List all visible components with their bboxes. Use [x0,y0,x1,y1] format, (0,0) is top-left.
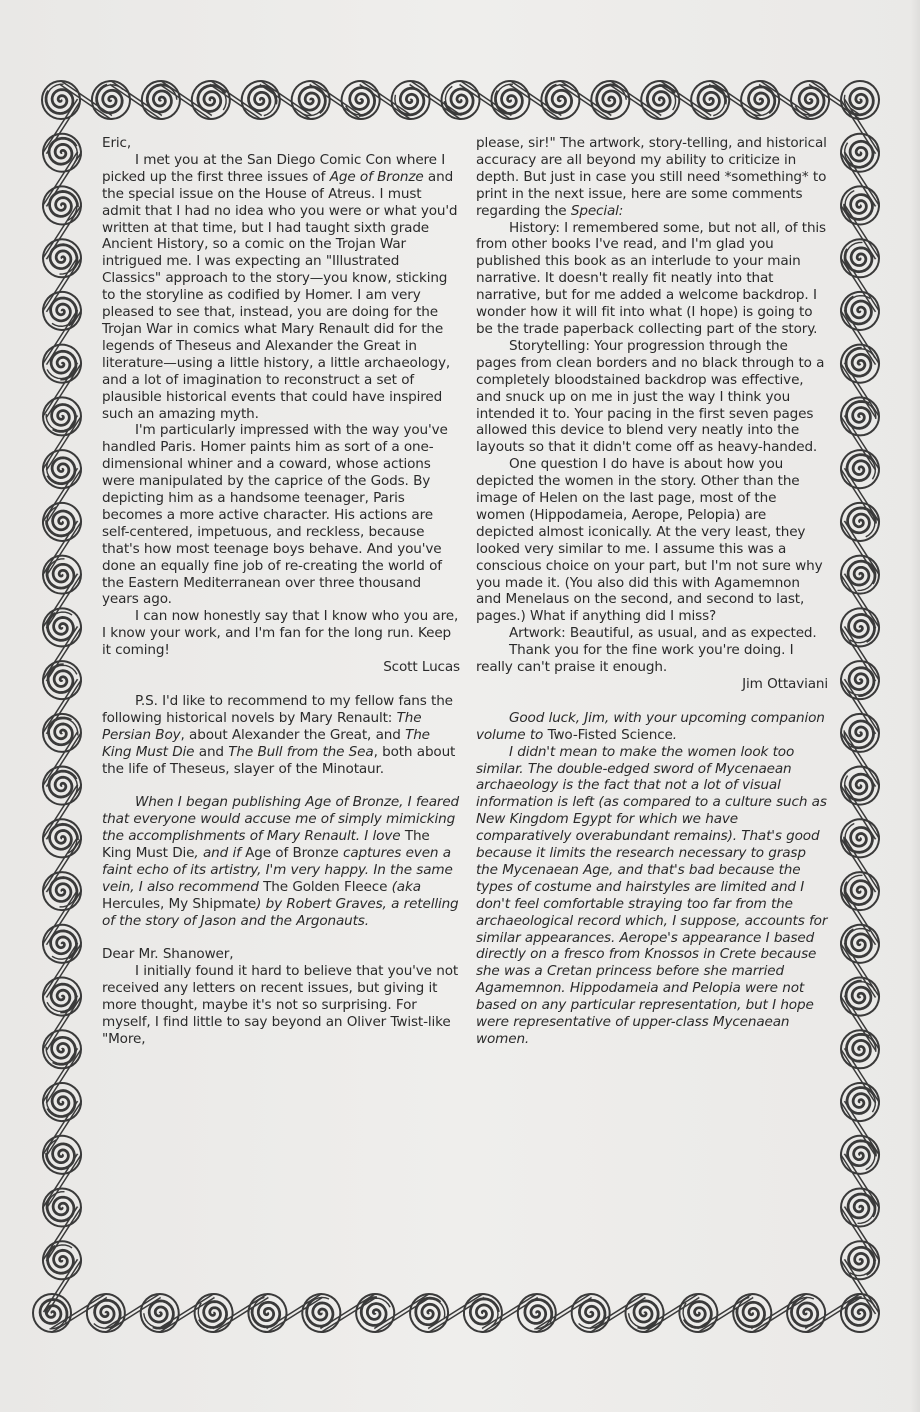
left-column: Eric, I met you at the San Diego Comic C… [102,135,460,1048]
text: and [194,744,228,760]
right-column: please, sir!" The artwork, story-telling… [476,135,828,1048]
editor-reply-2-p1: Good luck, Jim, with your upcoming compa… [476,710,828,744]
text: , about Alexander the Great, and [181,727,406,743]
letter1-postscript: P.S. I'd like to recommend to my fellow … [102,693,460,778]
letter2-history: History: I remembered some, but not all,… [476,220,828,338]
text: (aka [387,879,421,895]
spacer [102,676,460,693]
spacer [476,693,828,710]
book-title: Special: [571,203,623,219]
letter2-thanks: Thank you for the fine work you're doing… [476,642,828,676]
letter2-question: One question I do have is about how you … [476,456,828,625]
book-title: The Golden Fleece [263,879,387,895]
book-title: The Bull from the Sea [228,744,373,760]
book-title: Age of Bronze [330,169,424,185]
editor-reply-1: When I began publishing Age of Bronze, I… [102,794,460,929]
text: . [673,727,677,743]
spacer [102,777,460,794]
book-title: Hercules, My Shipmate [102,896,256,912]
editor-reply-2-p2: I didn't mean to make the women look too… [476,744,828,1048]
letter1-paragraph-1: I met you at the San Diego Comic Con whe… [102,152,460,423]
spacer [102,930,460,947]
letter2-signature: Jim Ottaviani [476,676,828,693]
letter2-storytelling: Storytelling: Your progression through t… [476,338,828,456]
letter1-signature: Scott Lucas [102,659,460,676]
letter2-paragraph-1-cont: please, sir!" The artwork, story-telling… [476,135,828,220]
text: , and if [194,845,245,861]
letter1-paragraph-3: I can now honestly say that I know who y… [102,608,460,659]
letter1-paragraph-2: I'm particularly impressed with the way … [102,422,460,608]
letter2-salutation: Dear Mr. Shanower, [102,946,460,963]
letter1-salutation: Eric, [102,135,460,152]
text: please, sir!" The artwork, story-telling… [476,135,827,219]
book-title: Two-Fisted Science [548,727,673,743]
book-title: Age of Bronze [245,845,339,861]
letter2-artwork: Artwork: Beautiful, as usual, and as exp… [476,625,828,642]
letter2-paragraph-1: I initially found it hard to believe tha… [102,963,460,1048]
letters-page: Eric, I met you at the San Diego Comic C… [0,0,920,1412]
text: and the special issue on the House of At… [102,169,457,422]
